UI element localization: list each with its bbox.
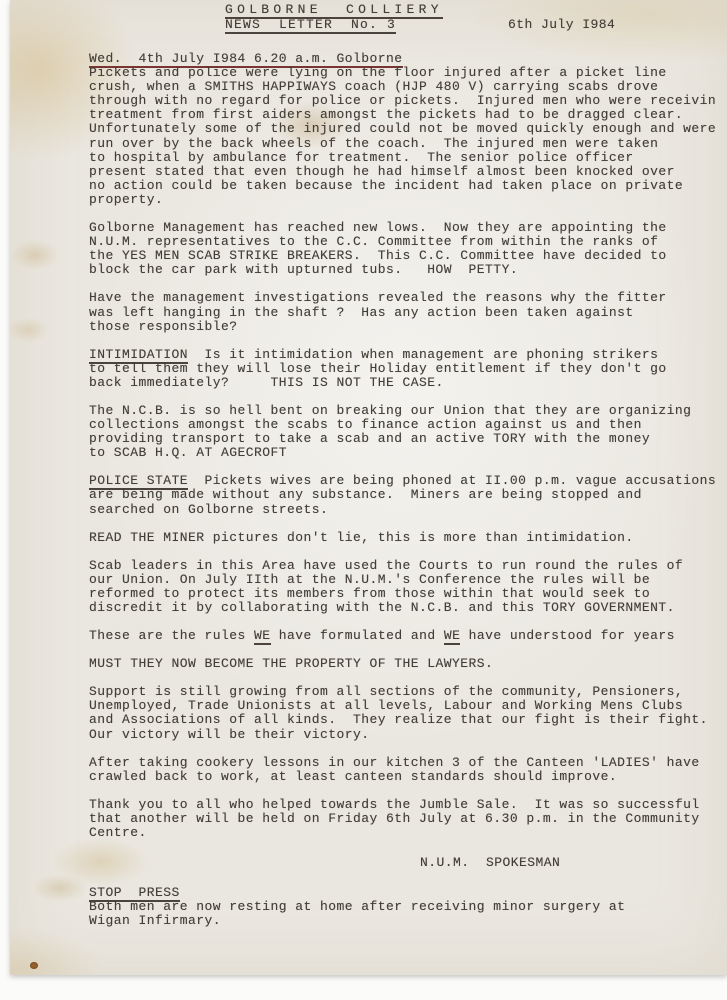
- property-of-lawyers-text: MUST THEY NOW BECOME THE PROPERTY OF THE…: [89, 656, 493, 671]
- paragraph-picket-incident: Wed. 4th July I984 6.20 a.m. Golborne Pi…: [89, 52, 727, 207]
- issue-date: 6th July I984: [508, 17, 615, 32]
- paragraph-read-the-miner: READ THE MINER pictures don't lie, this …: [89, 531, 727, 545]
- paragraph-management-lows: Golborne Management has reached new lows…: [89, 221, 727, 277]
- jumble-sale-text: Thank you to all who helped towards the …: [89, 797, 700, 840]
- scanned-newsletter: GOLBORNE COLLIERY NEWS LETTER No. 3 6th …: [0, 0, 727, 1000]
- incident-text: Pickets and police were lying on the flo…: [89, 65, 716, 207]
- paragraph-stop-press: STOP PRESS Both men are now resting at h…: [89, 886, 727, 928]
- our-rules-we-1: WE: [254, 628, 271, 645]
- paragraph-ncb-collections: The N.C.B. is so hell bent on breaking o…: [89, 404, 727, 460]
- read-the-miner-text: READ THE MINER pictures don't lie, this …: [89, 530, 634, 545]
- newsletter-issue-number: NEWS LETTER No. 3: [225, 17, 396, 34]
- punch-hole-stain-dot: [30, 962, 38, 969]
- our-rules-we-2: WE: [444, 628, 461, 645]
- management-lows-text: Golborne Management has reached new lows…: [89, 220, 667, 277]
- support-growing-text: Support is still growing from all sectio…: [89, 684, 708, 741]
- our-rules-seg3: have understood for years: [460, 628, 675, 643]
- paragraph-jumble-sale: Thank you to all who helped towards the …: [89, 798, 727, 840]
- signature-num-spokesman: N.U.M. SPOKESMAN: [420, 856, 727, 870]
- paragraph-scab-leaders-courts: Scab leaders in this Area have used the …: [89, 559, 727, 615]
- paragraph-police-state: POLICE STATE Pickets wives are being pho…: [89, 474, 727, 516]
- our-rules-seg2: have formulated and: [271, 628, 444, 643]
- shaft-fitter-text: Have the management investigations revea…: [89, 290, 667, 333]
- paragraph-property-of-lawyers: MUST THEY NOW BECOME THE PROPERTY OF THE…: [89, 657, 727, 671]
- our-rules-seg1: These are the rules: [89, 628, 254, 643]
- newsletter-body: Wed. 4th July I984 6.20 a.m. Golborne Pi…: [89, 52, 727, 943]
- newsletter-page: GOLBORNE COLLIERY NEWS LETTER No. 3 6th …: [10, 0, 727, 975]
- canteen-ladies-text: After taking cookery lessons in our kitc…: [89, 755, 700, 784]
- paragraph-support-growing: Support is still growing from all sectio…: [89, 685, 727, 741]
- paragraph-shaft-fitter-question: Have the management investigations revea…: [89, 291, 727, 333]
- paragraph-canteen-ladies: After taking cookery lessons in our kitc…: [89, 756, 727, 784]
- paragraph-our-rules: These are the rules WE have formulated a…: [89, 629, 727, 643]
- stop-press-text: Both men are now resting at home after r…: [89, 899, 625, 928]
- paragraph-intimidation: INTIMIDATION Is it intimidation when man…: [89, 348, 727, 390]
- ncb-collections-text: The N.C.B. is so hell bent on breaking o…: [89, 403, 691, 460]
- scab-leaders-text: Scab leaders in this Area have used the …: [89, 558, 683, 615]
